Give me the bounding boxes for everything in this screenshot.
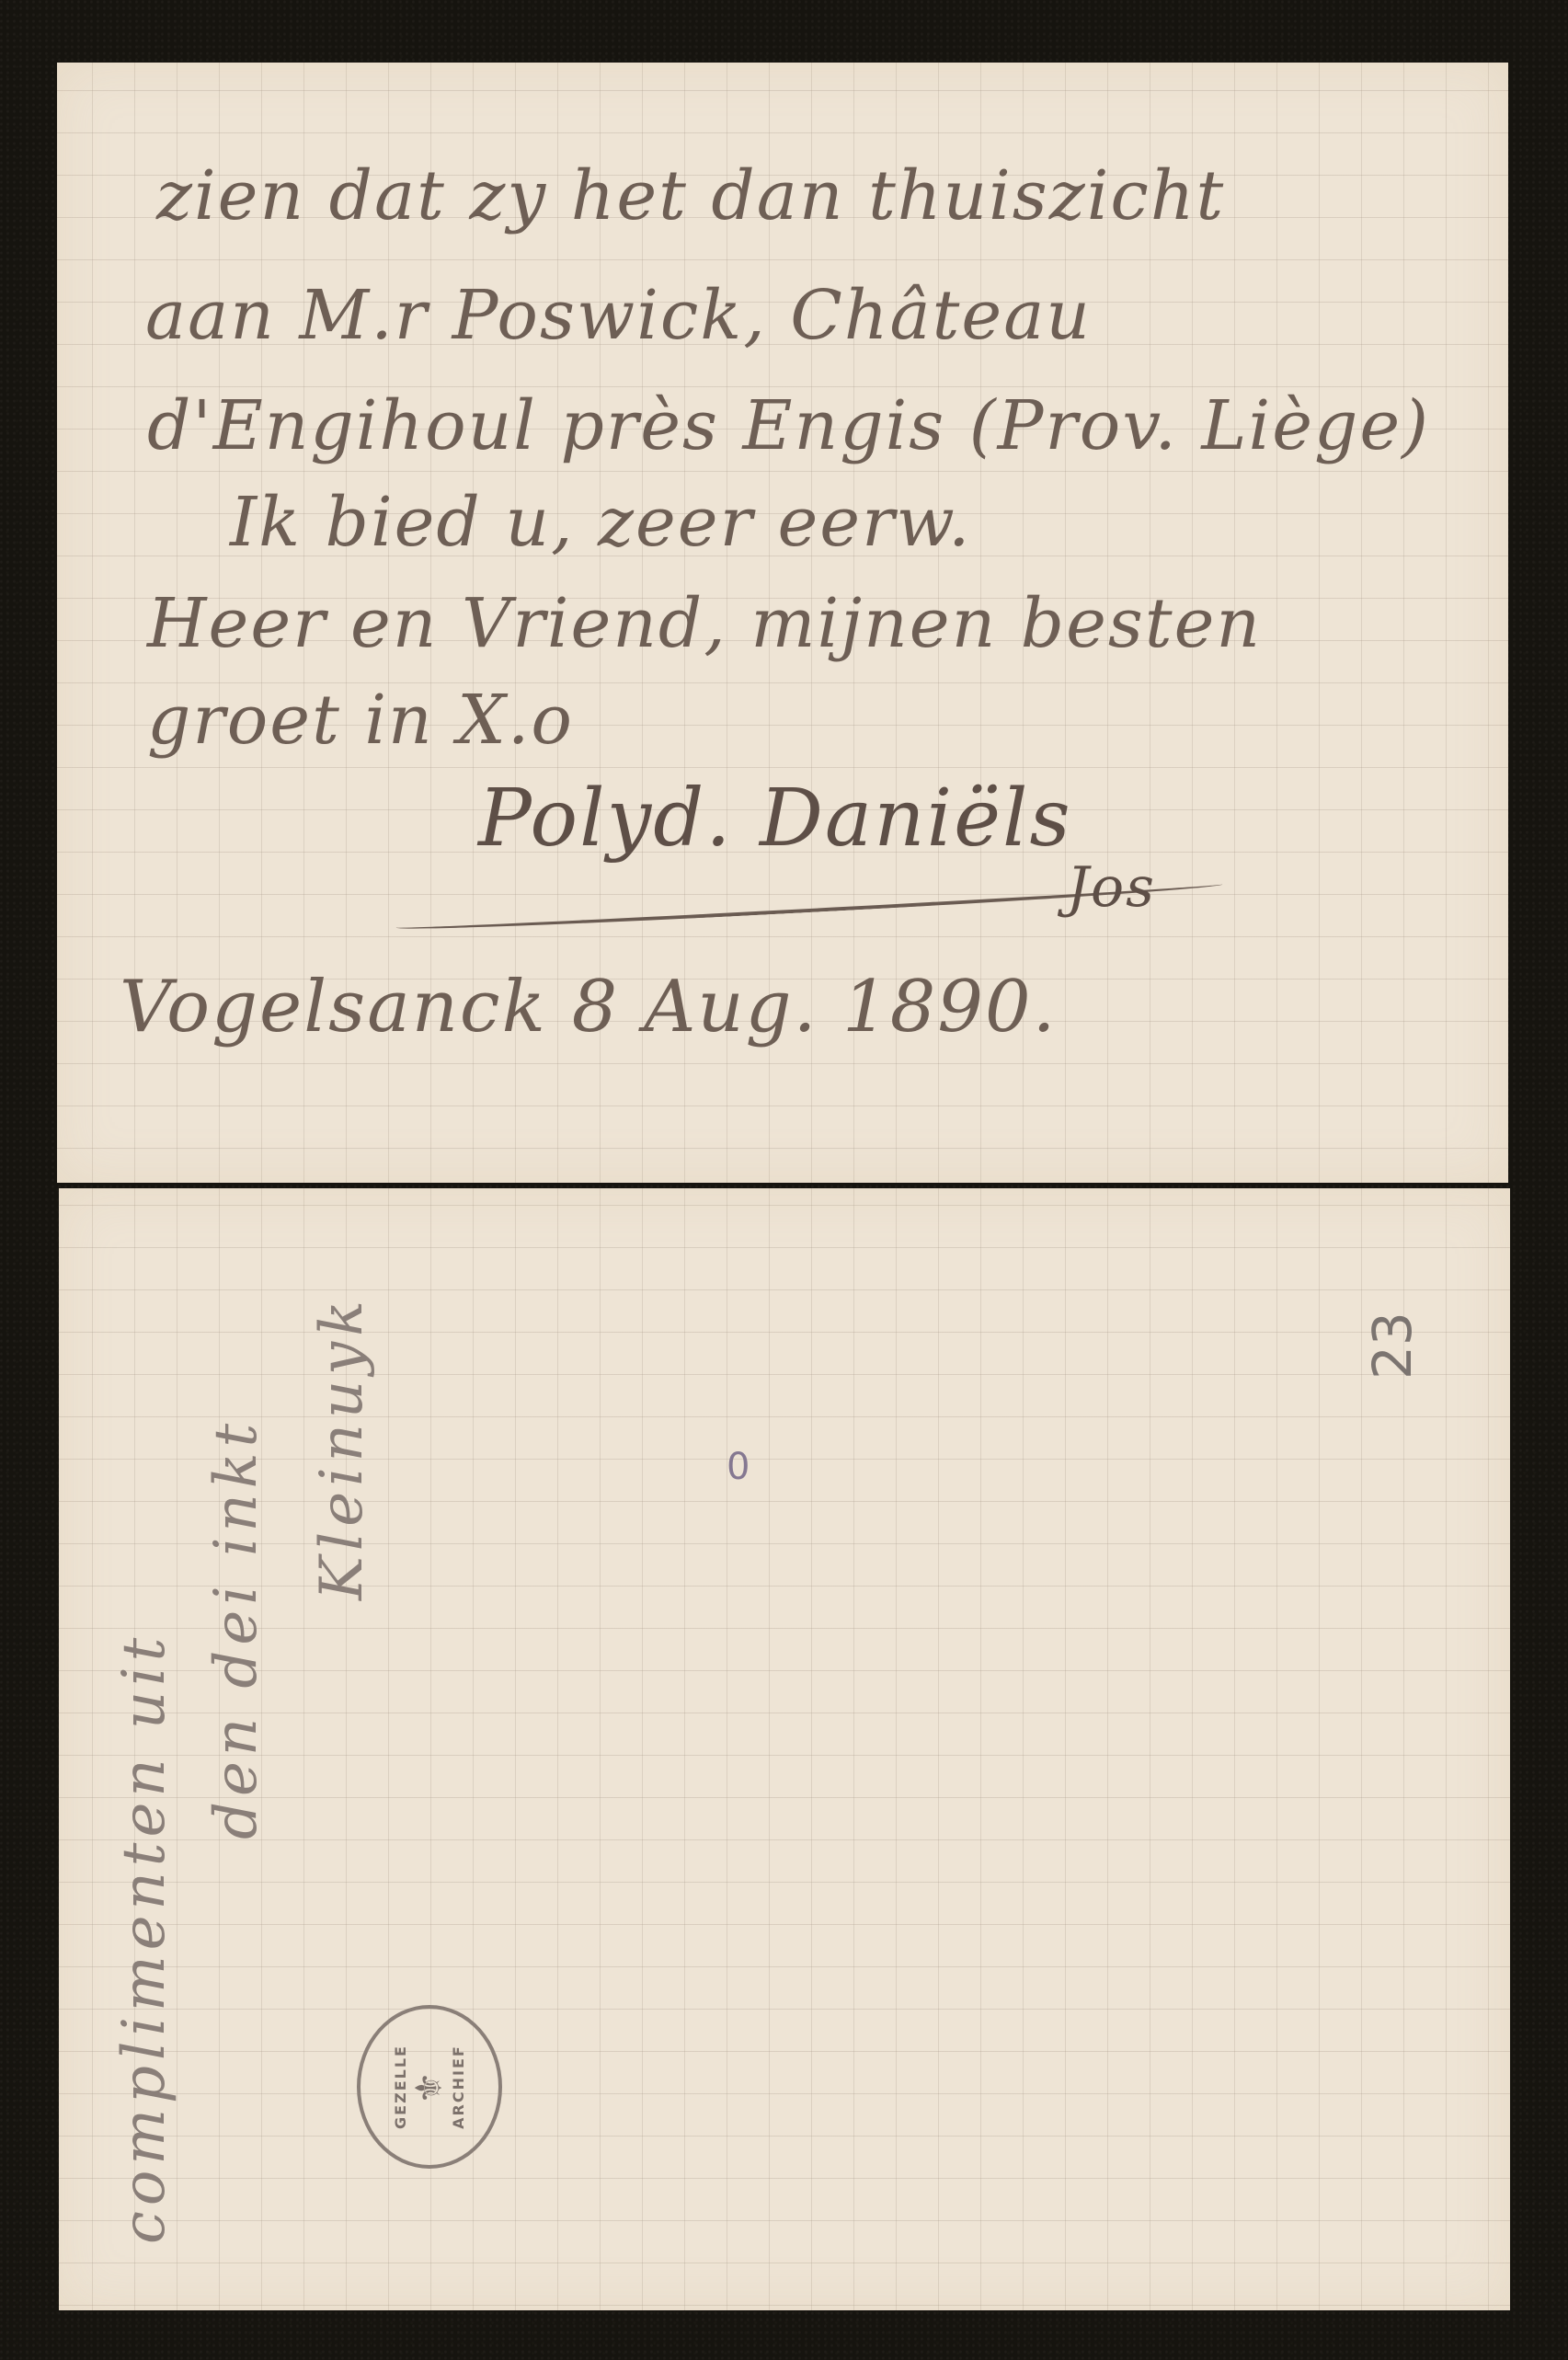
- letter-line-4: Ik bied u, zeer eerw.: [230, 483, 972, 562]
- letter-line-3: d'Engihoul près Engis (Prov. Liège): [147, 386, 1430, 465]
- letter-line-6: groet in X.o: [147, 681, 574, 760]
- place-date-line: Vogelsanck 8 Aug. 1890.: [120, 966, 1057, 1048]
- vertical-note-3: Kleinuyk: [308, 1295, 376, 1600]
- signature-suffix: Jos: [1067, 855, 1156, 920]
- pencil-mark: 0: [727, 1446, 750, 1488]
- folio-number: 23: [1361, 1312, 1424, 1380]
- signature: Polyd. Daniëls: [478, 773, 1072, 865]
- stamp-text-bottom: ARCHIEF: [450, 2045, 467, 2129]
- letter-line-1: zien dat zy het dan thuiszicht: [156, 156, 1225, 235]
- stamp-text-top: GEZELLE: [392, 2045, 409, 2129]
- stamp-emblem-icon: ⚜: [409, 2069, 450, 2104]
- vertical-note-1: complimenten uit: [110, 1633, 178, 2244]
- archive-stamp: GEZELLE ⚜ ARCHIEF: [357, 2005, 502, 2169]
- letter-line-5: Heer en Vriend, mijnen besten: [147, 584, 1262, 663]
- letter-line-2: aan M.r Poswick, Château: [145, 276, 1092, 355]
- vertical-note-2: den dei inkt: [202, 1418, 270, 1839]
- letter-page-back: [59, 1188, 1510, 2310]
